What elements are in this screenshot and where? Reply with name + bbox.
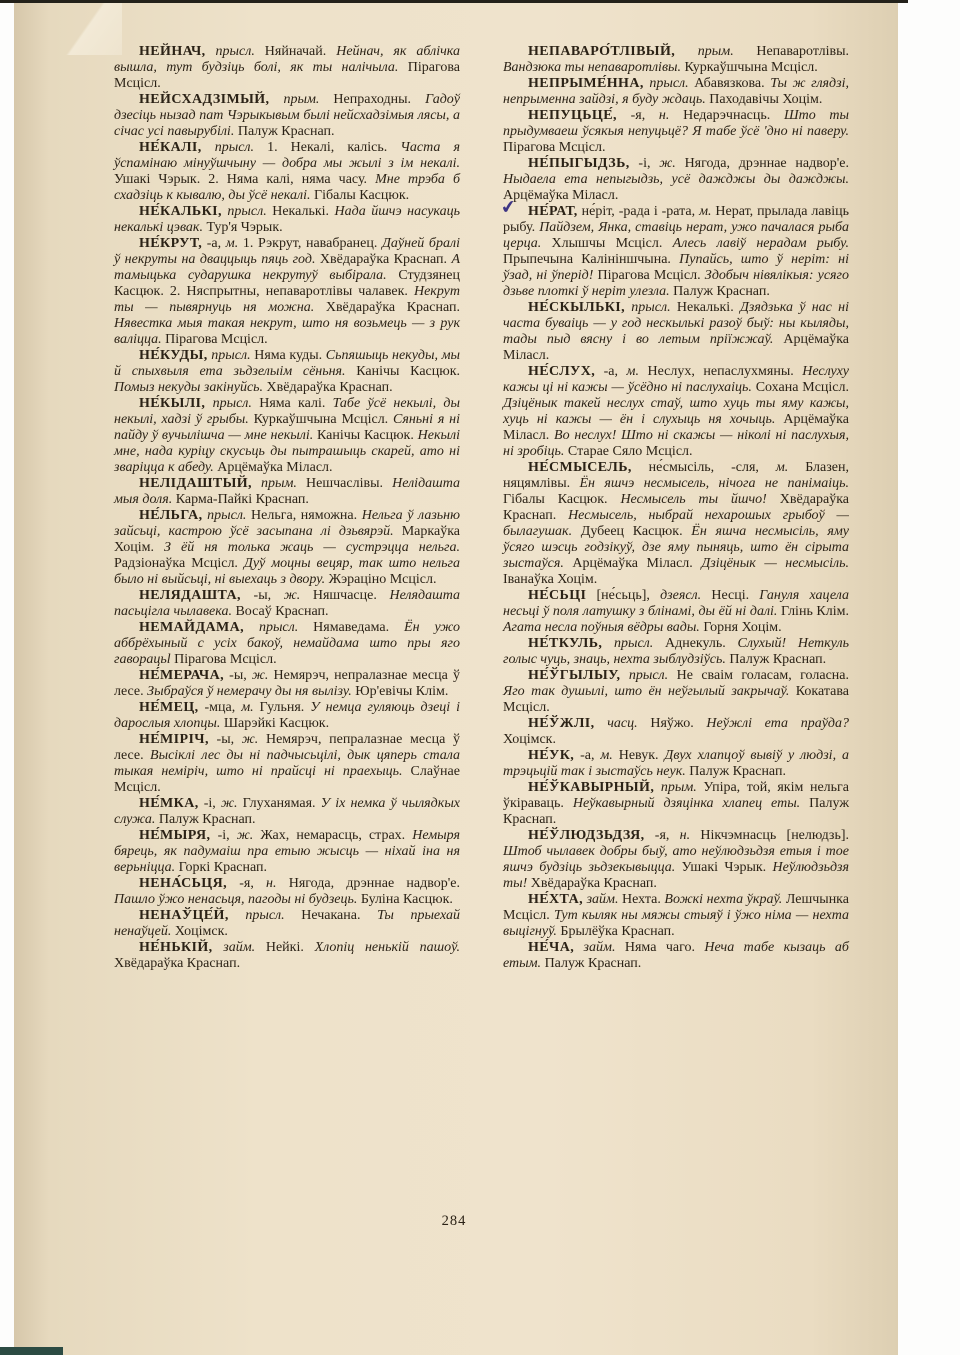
entry-regular-text: Хвёдараўка Краснап. xyxy=(315,252,451,267)
entry-regular-text: Палуж Краснап. xyxy=(726,652,826,667)
entry-regular-text: Палуж Краснап. xyxy=(541,956,641,971)
entry-regular-text: Нягода, дрэннае надвор'е. xyxy=(277,876,461,891)
entry-regular-text: не́ріт, -рада і -рата, xyxy=(578,204,699,219)
entry-regular-text: [не́сьць], xyxy=(586,588,660,603)
dictionary-entry: НЕНАЎЦЕ́Й, прысл. Нечакана. Ты прыехай н… xyxy=(114,908,460,940)
entry-regular-text: Канічы Касцюк. xyxy=(346,364,460,379)
entry-regular-text: Пірагова Мсцісл. xyxy=(162,332,268,347)
entry-regular-text: Жах, немарасць, страх. xyxy=(253,828,412,843)
entry-regular-text: Глінь Клім. xyxy=(777,604,849,619)
entry-regular-text: Пірагова Мсцісл. xyxy=(503,140,606,155)
entry-regular-text: Палуж Краснап. xyxy=(686,764,786,779)
entry-italic-text: м. xyxy=(776,460,788,475)
entry-italic-text: Алесь лавіў нерадам рыбу. xyxy=(673,236,849,251)
entry-italic-text: прысл. xyxy=(205,396,252,411)
entry-regular-text: Старае Сяло Мсцісл. xyxy=(564,444,692,459)
entry-regular-text: -мца, xyxy=(199,700,242,715)
entry-italic-text: Хлопіц ненькій пашоў. xyxy=(315,940,460,955)
dictionary-entry: НЕ́ЧА, займ. Няма чаго. Неча табе кызаць… xyxy=(503,940,849,972)
entry-regular-text: Буліна Касцюк. xyxy=(357,892,453,907)
entry-italic-text: прысл. xyxy=(203,508,247,523)
headword: НЕ́СЬЦІ xyxy=(528,588,586,603)
entry-italic-text: ж. xyxy=(659,156,676,171)
page-corner-fold xyxy=(58,3,122,55)
entry-italic-text: прысл. xyxy=(244,620,298,635)
entry-regular-text: Арцёмаўка Міласл. xyxy=(564,556,701,571)
entry-regular-text: Няўжо. xyxy=(638,716,707,731)
entry-italic-text: Ныдаела ета непыгыдзь, усё дажджы ды даж… xyxy=(503,172,849,187)
entry-regular-text: Нямаведама. xyxy=(298,620,404,635)
entry-italic-text: прым. xyxy=(269,92,319,107)
entry-italic-text: прым. xyxy=(654,780,697,795)
entry-regular-text: Палуж Краснап. xyxy=(155,812,255,827)
entry-italic-text: Вандзюка ты непаваротлівы. xyxy=(503,60,681,75)
dictionary-entry: НЕЛІДАШТЫЙ, прым. Нешчаслівы. Нелідашта … xyxy=(114,476,460,508)
entry-regular-text: -ы, xyxy=(224,668,252,683)
dictionary-entry: НЕ́МЫРЯ, -і, ж. Жах, немарасць, страх. Н… xyxy=(114,828,460,876)
entry-regular-text: Палуж Краснап. xyxy=(670,284,770,299)
entry-regular-text: Канічы Касцюк. xyxy=(313,428,417,443)
entry-regular-text: Няма куды. xyxy=(251,348,326,363)
headword: НЕ́СЛУХ, xyxy=(528,364,595,379)
headword: НЕ́МІРІЧ, xyxy=(139,732,209,747)
headword: НЕ́ЎГЫЛЫУ, xyxy=(528,668,620,683)
headword: НЕ́ПЫГЫДЗЬ, xyxy=(528,156,630,171)
entry-italic-text: прысл. xyxy=(625,300,671,315)
dictionary-entry: НЕ́ХТА, займ. Нехта. Вожкі нехта ўкраў. … xyxy=(503,892,849,940)
headword: НЕ́ЛЬГА, xyxy=(139,508,203,523)
dictionary-entry: НЕ́НЬКІЙ, займ. Нейкі. Хлопіц ненькій па… xyxy=(114,940,460,972)
entry-regular-text: Няшчасце. xyxy=(300,588,389,603)
entry-regular-text: Радзіонаўка Мсцісл. xyxy=(114,556,244,571)
headword: НЕ́МКА, xyxy=(139,796,199,811)
headword: НЕ́МЫРЯ, xyxy=(139,828,210,843)
entry-regular-text: Нечакана. xyxy=(285,908,377,923)
entry-regular-text: Нешчаслівы. xyxy=(297,476,392,491)
entry-regular-text: Не сваім голасам, голасна. xyxy=(668,668,849,683)
entry-regular-text: Гульня. xyxy=(254,700,311,715)
entry-regular-text: Арцёмаўка Міласл. xyxy=(214,460,333,475)
headword: НЕ́НЬКІЙ, xyxy=(139,940,213,955)
entry-regular-text: Хвёдараўка Краснап. xyxy=(263,380,393,395)
entry-regular-text: -я, xyxy=(617,108,659,123)
entry-regular-text: -і, xyxy=(630,156,660,171)
headword: НЕ́СКЫЛЬКІ, xyxy=(528,300,625,315)
headword: НЕ́КРУТ, xyxy=(139,236,202,251)
entry-regular-text: Палуж Краснап. xyxy=(234,124,334,139)
entry-regular-text: Куркаўшчына Мсцісл. xyxy=(681,60,818,75)
entry-italic-text: м. xyxy=(226,236,238,251)
entry-regular-text: Хвёдараўка Краснап. xyxy=(527,876,657,891)
entry-italic-text: м. xyxy=(627,364,639,379)
entry-regular-text: -а, xyxy=(595,364,626,379)
headword: НЕПАВАРО́ТЛІВЫЙ, xyxy=(528,44,675,59)
headword: НЕ́МЕРАЧА, xyxy=(139,668,224,683)
entry-italic-text: займ. xyxy=(583,892,618,907)
entry-italic-text: ж. xyxy=(221,796,238,811)
dictionary-entry: НЕ́ЎЛЮДЗЬДЗЯ, -я, н. Нікчэмнасць [нелюдз… xyxy=(503,828,849,892)
entry-italic-text: прым. xyxy=(252,476,297,491)
entry-italic-text: прысл. xyxy=(208,348,251,363)
dictionary-entry: НЕ́ЛЬГА, прысл. Нельга, няможна. Нельга … xyxy=(114,508,460,588)
entry-regular-text: Дубеец Касцюк. xyxy=(572,524,691,539)
entry-italic-text: прысл. xyxy=(602,636,653,651)
entry-regular-text: -а, xyxy=(202,236,226,251)
dictionary-entry: НЕ́МЕЦ, -мца, м. Гульня. У немца гуляюць… xyxy=(114,700,460,732)
headword: НЕ́КУДЫ, xyxy=(139,348,208,363)
entry-regular-text: Карма-Пайкі Краснап. xyxy=(172,492,309,507)
entry-italic-text: Ён яшчэ несмысель, нічога не панімаіць. xyxy=(580,476,849,491)
headword: НЕ́КЫЛІ, xyxy=(139,396,205,411)
page-number: 284 xyxy=(394,1213,514,1230)
dictionary-entry: НЕ́МЕРАЧА, -ы, ж. Немярэч, непралазнае м… xyxy=(114,668,460,700)
headword: НЕМАЙДАМА, xyxy=(139,620,244,635)
entry-regular-text: Іванаўка Хоцім. xyxy=(503,572,597,587)
dictionary-entry: НЕ́КЫЛІ, прысл. Няма калі. Табе ўсё некы… xyxy=(114,396,460,476)
headword: НЕ́СМЫСЕЛЬ, xyxy=(528,460,632,475)
entry-italic-text: н. xyxy=(266,876,276,891)
headword: НЕ́КАЛЬКІ, xyxy=(139,204,222,219)
headword: НЕ́ЎЛЮДЗЬДЗЯ, xyxy=(528,828,645,843)
entry-regular-text: Некалькі. xyxy=(267,204,335,219)
entry-regular-text: Глуханямая. xyxy=(237,796,320,811)
entry-regular-text: Аднекуль. xyxy=(653,636,737,651)
entry-italic-text: Дзіцёнык — несмысіль. xyxy=(701,556,849,571)
entry-regular-text: Арцёмаўка Міласл. xyxy=(503,188,618,203)
entry-italic-text: прысл. xyxy=(644,76,689,91)
entry-italic-text: н. xyxy=(680,828,690,843)
entry-regular-text: Неслух, непаслухмяны. xyxy=(639,364,802,379)
dictionary-column-left: НЕЙНАЧ, прысл. Няйначай. Нейнач, як аблі… xyxy=(114,44,460,972)
entry-regular-text: Хвёдараўка Краснап. xyxy=(114,956,240,971)
entry-italic-text: Помыз некуды закінуйсь. xyxy=(114,380,263,395)
entry-italic-text: ж. xyxy=(284,588,301,603)
entry-regular-text: Сохана Мсцісл. xyxy=(752,380,849,395)
entry-regular-text: Гібалы Касцюк. xyxy=(310,188,409,203)
entry-italic-text: прысл. xyxy=(229,908,285,923)
entry-italic-text: займ. xyxy=(574,940,615,955)
headword: НЕ́ХТА, xyxy=(528,892,583,907)
entry-italic-text: прым. xyxy=(675,44,734,59)
headword: НЕЛЯДАШТА, xyxy=(139,588,241,603)
entry-italic-text: Несмысель ты йшчо! xyxy=(620,492,766,507)
entry-italic-text: часц. xyxy=(595,716,638,731)
entry-italic-text: ж. xyxy=(237,828,254,843)
entry-regular-text: -а, xyxy=(574,748,600,763)
dictionary-entry: НЕ́МІРІЧ, -ы, ж. Немярэч, пепралазнае ме… xyxy=(114,732,460,796)
entry-regular-text: Шарэйкі Касцюк. xyxy=(220,716,329,731)
entry-regular-text: Ушакі Чэрык. 2. Няма калі, няма часу. xyxy=(114,172,375,187)
dictionary-entry: НЕ́УК, -а, м. Невук. Двух хлапцоў вывіў … xyxy=(503,748,849,780)
entry-regular-text: -ы, xyxy=(209,732,242,747)
entry-regular-text: Горкі Краснап. xyxy=(175,860,267,875)
entry-regular-text: Хлышчы Мсцісл. xyxy=(541,236,672,251)
entry-regular-text: Юр'евічы Клім. xyxy=(352,684,449,699)
entry-regular-text: -я, xyxy=(645,828,680,843)
entry-regular-text: Няма калі. xyxy=(252,396,333,411)
entry-regular-text: не́смысіль, -сля, xyxy=(632,460,776,475)
entry-regular-text: Паходавічы Хоцім. xyxy=(706,92,823,107)
dictionary-entry: НЕПУЦЬЦЕ́, -я, н. Недарэчнасць. Што ты п… xyxy=(503,108,849,156)
headword: НЕНАЎЦЕ́Й, xyxy=(139,908,229,923)
entry-regular-text: Нікчэмнасць [нелюдзь]. xyxy=(690,828,849,843)
entry-regular-text: Абавязкова. xyxy=(689,76,771,91)
entry-regular-text: Пірагова Мсцісл. xyxy=(171,652,277,667)
entry-regular-text: Гібалы Касцюк. xyxy=(503,492,620,507)
entry-italic-text: Неўкавырный дзяцінка хлапец еты. xyxy=(573,796,800,811)
dictionary-entry: НЕ́СЬЦІ [не́сьць], дзеясл. Несці. Гануля… xyxy=(503,588,849,636)
entry-regular-text: Прыпечына Калініншчына. xyxy=(503,252,679,267)
entry-regular-text: -ы, xyxy=(241,588,284,603)
headword: НЕ́ЧА, xyxy=(528,940,574,955)
headword: НЕПУЦЬЦЕ́, xyxy=(528,108,617,123)
headword: НЕЙСХАДЗІМЫЙ, xyxy=(139,92,269,107)
headword: НЕ́ТКУЛЬ, xyxy=(528,636,602,651)
scan-bottom-corner-strip xyxy=(0,1347,63,1355)
dictionary-entry: НЕ́ТКУЛЬ, прысл. Аднекуль. Слухый! Нетку… xyxy=(503,636,849,668)
entry-italic-text: Неўжлі ета праўда? xyxy=(706,716,849,731)
entry-italic-text: м. xyxy=(699,204,711,219)
dictionary-column-right: НЕПАВАРО́ТЛІВЫЙ, прым. Непаваротлівы. Ва… xyxy=(503,44,849,972)
dictionary-entry: НЕНА́СЬЦЯ, -я, н. Нягода, дрэннае надвор… xyxy=(114,876,460,908)
headword: НЕ́МЕЦ, xyxy=(139,700,199,715)
headword: НЕ́УК, xyxy=(528,748,574,763)
entry-regular-text: Тур'я Чэрык. xyxy=(203,220,283,235)
headword: НЕЙНАЧ, xyxy=(139,44,206,59)
entry-italic-text: дзеясл. xyxy=(660,588,701,603)
entry-regular-text: Хоцімск. xyxy=(171,924,228,939)
dictionary-entry: НЕ́КАЛІ, прысл. 1. Некалі, калісь. Часта… xyxy=(114,140,460,204)
entry-regular-text: Некалькі. xyxy=(671,300,740,315)
entry-regular-text: Нейкі. xyxy=(255,940,314,955)
entry-italic-text: прысл. xyxy=(620,668,668,683)
entry-italic-text: ж. xyxy=(242,732,259,747)
entry-regular-text: Нельга, няможна. xyxy=(246,508,361,523)
entry-regular-text: 1. Некалі, калісь. xyxy=(254,140,400,155)
entry-regular-text: Восаў Краснап. xyxy=(232,604,329,619)
entry-italic-text: прысл. xyxy=(206,44,255,59)
entry-italic-text: Зыбраўся ў немерачу ды ня вылізу. xyxy=(147,684,352,699)
entry-italic-text: н. xyxy=(659,108,669,123)
entry-regular-text: Непраходны. xyxy=(319,92,425,107)
entry-italic-text: м. xyxy=(241,700,253,715)
headword: НЕПРЫМЕ́ННА, xyxy=(528,76,644,91)
entry-italic-text: Тут кыляк ны мяжы стыяў і ўжо німа — нех… xyxy=(503,908,849,939)
headword: НЕ́РАТ, xyxy=(528,204,578,219)
dictionary-entry: НЕЙНАЧ, прысл. Няйначай. Нейнач, як аблі… xyxy=(114,44,460,92)
entry-italic-text: З ёй ня толька жаць — сустрэцца нельга. xyxy=(164,540,460,555)
dictionary-entry: ✔НЕ́РАТ, не́ріт, -рада і -рата, м. Нерат… xyxy=(503,204,849,300)
entry-regular-text: -і, xyxy=(210,828,236,843)
dictionary-entry: НЕЛЯДАШТА, -ы, ж. Няшчасце. Нелядашта па… xyxy=(114,588,460,620)
dictionary-entry: НЕ́КРУТ, -а, м. 1. Рэкрут, навабранец. Д… xyxy=(114,236,460,348)
entry-regular-text: 1. Рэкрут, навабранец. xyxy=(238,236,382,251)
dictionary-entry: НЕ́СМЫСЕЛЬ, не́смысіль, -сля, м. Блазен,… xyxy=(503,460,849,588)
entry-regular-text: Нягода, дрэннае надвор'е. xyxy=(676,156,849,171)
entry-regular-text: Няма чаго. xyxy=(615,940,704,955)
dictionary-entry: НЕ́ЎКАВЫРНЫЙ, прым. Упіра, той, якім нел… xyxy=(503,780,849,828)
entry-regular-text: Няйначай. xyxy=(255,44,336,59)
entry-italic-text: прысл. xyxy=(222,204,267,219)
dictionary-entry: НЕ́ПЫГЫДЗЬ, -і, ж. Нягода, дрэннае надво… xyxy=(503,156,849,204)
entry-regular-text: Горня Хоцім. xyxy=(700,620,782,635)
entry-regular-text: Брылёўка Краснап. xyxy=(557,924,675,939)
headword: НЕЛІДАШТЫЙ, xyxy=(139,476,252,491)
entry-regular-text: Хоцімск. xyxy=(503,732,556,747)
entry-italic-text: Вожкі нехта ўкраў. xyxy=(664,892,782,907)
entry-regular-text: -я, xyxy=(227,876,266,891)
dictionary-entry: НЕ́СКЫЛЬКІ, прысл. Некалькі. Дзядзька ў … xyxy=(503,300,849,364)
entry-regular-text: -і, xyxy=(199,796,221,811)
dictionary-entry: НЕ́ЎЖЛІ, часц. Няўжо. Неўжлі ета праўда?… xyxy=(503,716,849,748)
entry-regular-text: Хвёдараўка Краснап. xyxy=(314,300,460,315)
entry-regular-text: Куркаўшчына Мсцісл. xyxy=(249,412,393,427)
dictionary-entry: НЕ́СЛУХ, -а, м. Неслух, непаслухмяны. Не… xyxy=(503,364,849,460)
entry-regular-text: Недарэчнасць. xyxy=(669,108,784,123)
headword: НЕ́ЎКАВЫРНЫЙ, xyxy=(528,780,654,795)
dictionary-entry: НЕ́МКА, -і, ж. Глуханямая. У іх немка ў … xyxy=(114,796,460,828)
entry-regular-text: Жэраціно Мсцісл. xyxy=(325,572,436,587)
headword: НЕ́КАЛІ, xyxy=(139,140,202,155)
entry-regular-text: Ушакі Чэрык. xyxy=(675,860,772,875)
dictionary-entry: НЕПРЫМЕ́ННА, прысл. Абавязкова. Ты ж гля… xyxy=(503,76,849,108)
dictionary-entry: НЕЙСХАДЗІМЫЙ, прым. Непраходны. Гадоў дз… xyxy=(114,92,460,140)
dictionary-entry: НЕ́КАЛЬКІ, прысл. Некалькі. Нада йшчэ на… xyxy=(114,204,460,236)
entry-italic-text: Агата несла поўныя вёдры вады. xyxy=(503,620,700,635)
entry-italic-text: ж. xyxy=(252,668,269,683)
entry-italic-text: Пашло ўжо ненасьця, пагоды ні будзець. xyxy=(114,892,357,907)
entry-regular-text: Непаваротлівы. xyxy=(734,44,849,59)
dictionary-entry: НЕ́КУДЫ, прысл. Няма куды. Сьпяшыць неку… xyxy=(114,348,460,396)
entry-regular-text: Нехта. xyxy=(618,892,664,907)
entry-italic-text: Яго так душылі, што ён неўгылый закрычаў… xyxy=(503,684,789,699)
entry-regular-text: Несці. xyxy=(701,588,759,603)
entry-italic-text: займ. xyxy=(213,940,256,955)
dictionary-entry: НЕПАВАРО́ТЛІВЫЙ, прым. Непаваротлівы. Ва… xyxy=(503,44,849,76)
entry-regular-text: Невук. xyxy=(613,748,665,763)
entry-italic-text: м. xyxy=(600,748,612,763)
dictionary-entry: НЕМАЙДАМА, прысл. Нямаведама. Ён ужо абб… xyxy=(114,620,460,668)
entry-regular-text: Пірагова Мсцісл. xyxy=(593,268,704,283)
dictionary-entry: НЕ́ЎГЫЛЫУ, прысл. Не сваім голасам, гола… xyxy=(503,668,849,716)
book-page: НЕЙНАЧ, прысл. Няйначай. Нейнач, як аблі… xyxy=(14,3,898,1355)
headword: НЕНА́СЬЦЯ, xyxy=(139,876,227,891)
headword: НЕ́ЎЖЛІ, xyxy=(528,716,595,731)
handwritten-checkmark-annotation: ✔ xyxy=(500,199,517,217)
entry-italic-text: прысл. xyxy=(202,140,254,155)
